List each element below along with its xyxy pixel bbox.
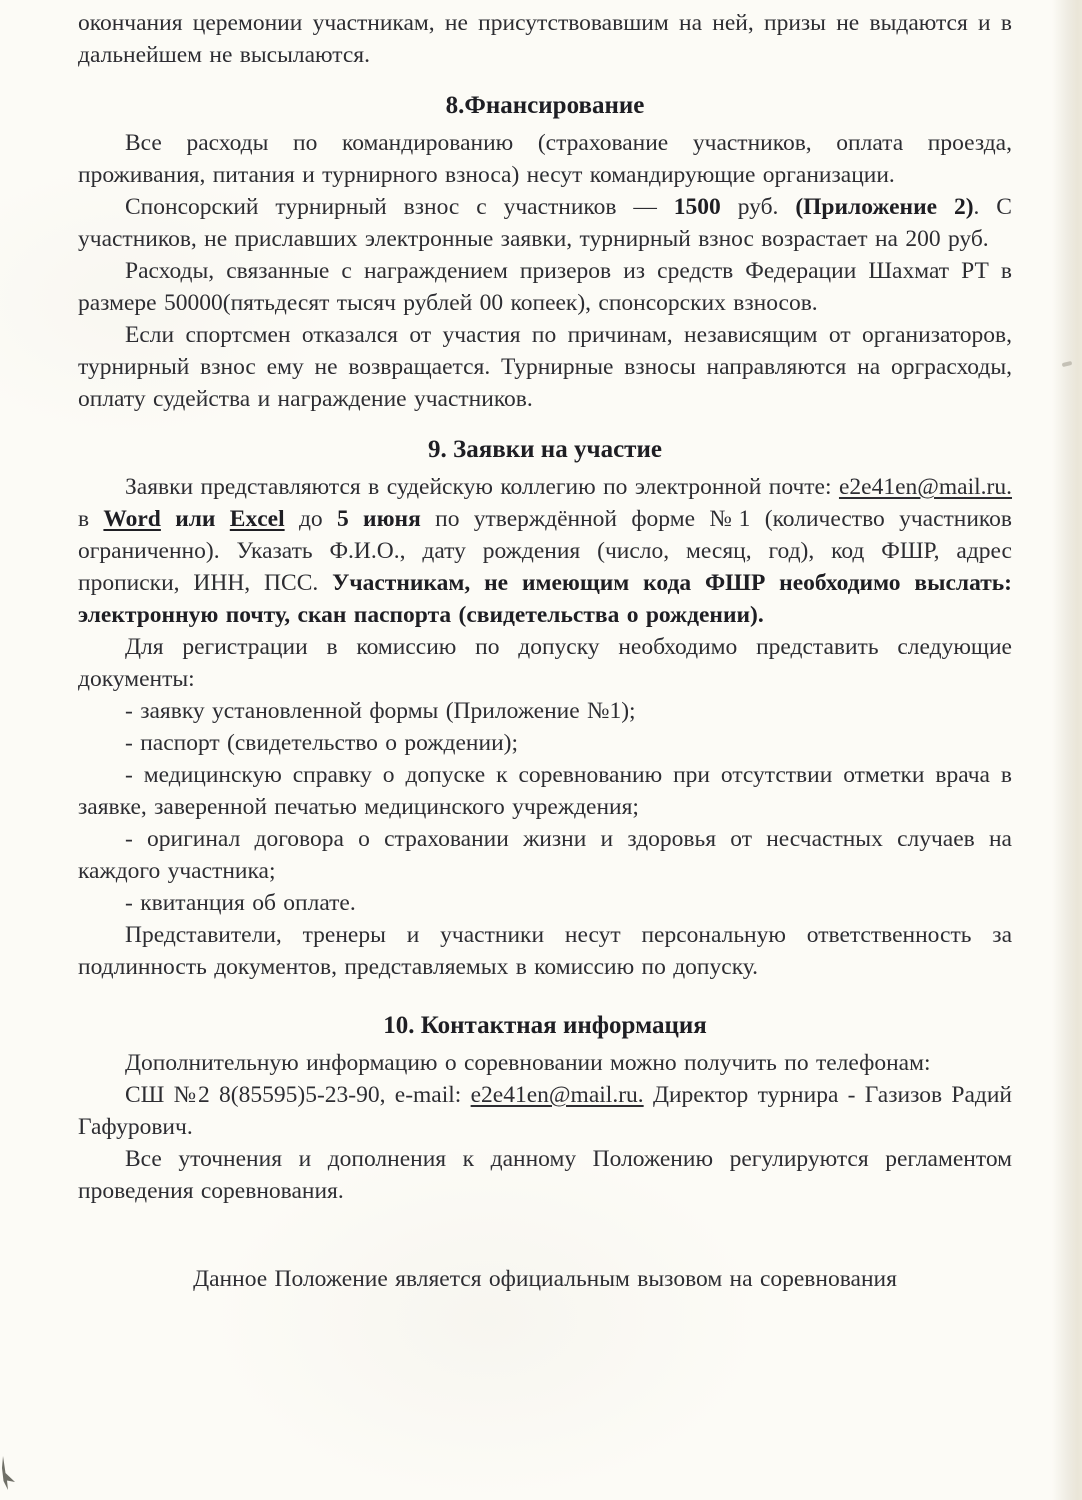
financing-paragraph-3: Расходы, связанные с награждением призер… [78,255,1012,319]
document-list-item-2: - паспорт (свидетельство о рождении); [78,727,1012,759]
document-list-item-1: - заявку установленной формы (Приложение… [78,695,1012,727]
applications-paragraph: Заявки представляются в судейскую коллег… [78,471,1012,631]
section-8-heading: 8.Фнансирование [78,90,1012,122]
text-run: Спонсорский турнирный взнос с участников… [125,194,674,220]
deadline-date: 5 июня [337,506,421,532]
text-run: Данное Положение является официальным вы… [193,1266,897,1292]
document-list-item-3: - медицинскую справку о допуске к соревн… [78,759,1012,823]
text-run: - квитанция об оплате. [125,890,356,916]
document-list-item-4: - оригинал договора о страховании жизни … [78,823,1012,887]
email-address: e2e41en@mail.ru. [839,474,1012,500]
text-run: до [285,506,337,532]
text-run: Расходы, связанные с награждением призер… [78,258,1012,316]
text-run: руб. [721,194,796,220]
responsibility-paragraph: Представители, тренеры и участники несут… [78,919,1012,983]
text-run: Для регистрации в комиссию по допуску не… [78,634,1012,692]
text-run: Дополнительную информацию о соревновании… [125,1050,931,1076]
scan-edge-shadow [1052,0,1082,1500]
text-run: Все расходы по командированию (страхован… [78,130,1012,188]
section-9-heading: 9. Заявки на участие [78,434,1012,466]
document-list-item-5: - квитанция об оплате. [78,887,1012,919]
text-run: окончания церемонии участникам, не прису… [78,10,1012,68]
text-run: Если спортсмен отказался от участия по п… [78,322,1012,412]
appendix-2-reference: (Приложение 2) [795,194,973,220]
registration-paragraph: Для регистрации в комиссию по допуску не… [78,631,1012,695]
text-run: - оригинал договора о страховании жизни … [78,826,1012,884]
text-run: Представители, тренеры и участники несут… [78,922,1012,980]
email-address: e2e41en@mail.ru. [471,1082,644,1108]
document-content: окончания церемонии участникам, не прису… [78,7,1012,1295]
scanned-document-page: окончания церемонии участникам, не прису… [0,0,1082,1500]
phone-number: СШ №2 8(85595)5-23-90, e-mail: [125,1082,471,1108]
scan-smudge-mark [1062,361,1073,367]
amendments-paragraph: Все уточнения и дополнения к данному Пол… [78,1143,1012,1207]
section-10-heading: 10. Контактная информация [78,1010,1012,1042]
contact-info-paragraph-2: СШ №2 8(85595)5-23-90, e-mail: e2e41en@m… [78,1079,1012,1143]
financing-paragraph-2: Спонсорский турнирный взнос с участников… [78,191,1012,255]
contact-info-paragraph-1: Дополнительную информацию о соревновании… [78,1047,1012,1079]
excel-format: Excel [230,506,285,532]
official-invitation-line: Данное Положение является официальным вы… [78,1263,1012,1295]
intro-continuation-paragraph: окончания церемонии участникам, не прису… [78,7,1012,71]
text-run: Заявки представляются в судейскую коллег… [125,474,839,500]
bold-text: или [161,506,230,532]
word-format: Word [103,506,160,532]
financing-paragraph-1: Все расходы по командированию (страхован… [78,127,1012,191]
text-run: Все уточнения и дополнения к данному Пол… [78,1146,1012,1204]
text-run: в [78,506,103,532]
fee-amount: 1500 [674,194,721,220]
ink-smudge-mark [0,1456,18,1492]
text-run: - паспорт (свидетельство о рождении); [125,730,518,756]
text-run: - заявку установленной формы (Приложение… [125,698,636,724]
financing-paragraph-4: Если спортсмен отказался от участия по п… [78,319,1012,415]
text-run: - медицинскую справку о допуске к соревн… [78,762,1012,820]
